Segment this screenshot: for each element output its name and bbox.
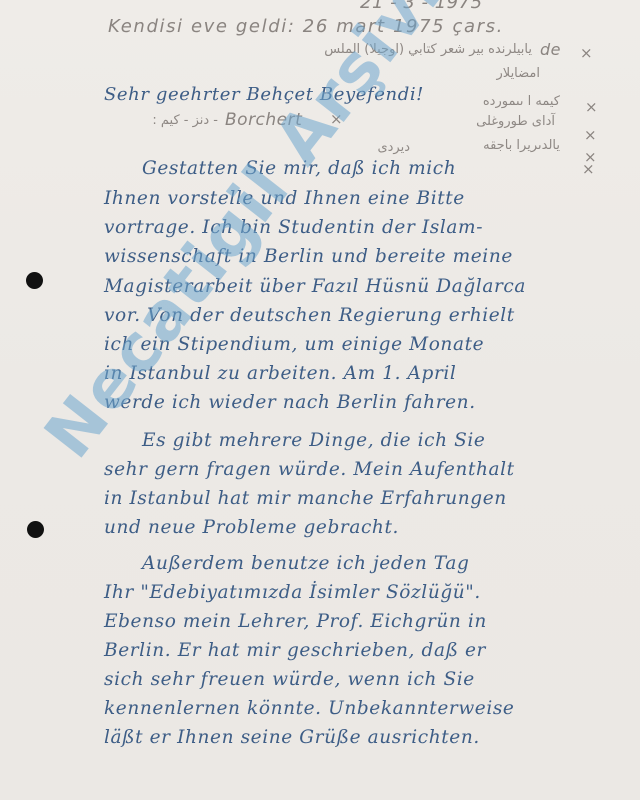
- arabic-small-note: ديردى: [350, 140, 410, 155]
- check-mark: ×: [580, 44, 593, 62]
- arabic-list-item-3: آداى طوروغلى: [455, 114, 555, 129]
- letter-line: werde ich wieder nach Berlin fahren.: [104, 392, 476, 413]
- letter-line: Gestatten Sie mir, daß ich mich: [142, 158, 456, 179]
- letter-line: sehr gern fragen würde. Mein Aufenthalt: [104, 459, 515, 480]
- check-mark: ×: [584, 126, 597, 144]
- arabic-list-item-2: كيمه ا ىىمورده: [440, 94, 560, 109]
- arabic-list-item-4: يالدىريرا باجقه: [430, 138, 560, 153]
- letter-line: sich sehr freuen würde, wenn ich Sie: [104, 669, 475, 690]
- letter-line: Ebenso mein Lehrer, Prof. Eichgrün in: [104, 611, 487, 632]
- letter-line: Ihnen vorstelle und Ihnen eine Bitte: [104, 188, 465, 209]
- letter-line: vortrage. Ich bin Studentin der Islam-: [104, 217, 483, 238]
- letter-line: wissenschaft in Berlin und bereite meine: [104, 246, 513, 267]
- letter-line: Außerdem benutze ich jeden Tag: [142, 553, 469, 574]
- letter-line: Berlin. Er hat mir geschrieben, daß er: [104, 640, 486, 661]
- letter-line: und neue Probleme gebracht.: [104, 517, 399, 538]
- received-note: Kendisi eve geldi: 26 mart 1975 çars.: [108, 16, 504, 37]
- check-mark: ×: [585, 98, 598, 116]
- arabic-left-note: - دنز - كيم :: [108, 113, 218, 128]
- arabic-line-suffix: de: [540, 40, 561, 59]
- letter-line: Magisterarbeit über Fazıl Hüsnü Dağlarca: [104, 276, 526, 297]
- letter-line: ich ein Stipendium, um einige Monate: [104, 334, 484, 355]
- check-mark: ×: [330, 110, 343, 128]
- arabic-list-item-1: امضايلار: [460, 66, 540, 81]
- punch-hole-bottom: [27, 521, 44, 538]
- letter-line: in Istanbul zu arbeiten. Am 1. April: [104, 363, 456, 384]
- borchert-note: Borchert: [225, 110, 302, 130]
- punch-hole-top: [26, 272, 43, 289]
- letter-line: kennenlernen könnte. Unbekannterweise: [104, 698, 514, 719]
- check-mark: ×: [582, 160, 595, 178]
- salutation: Sehr geehrter Behçet Beyefendi!: [104, 84, 424, 105]
- letter-line: läßt er Ihnen seine Grüße ausrichten.: [104, 727, 480, 748]
- letter-line: Ihr "Edebiyatımızda İsimler Sözlüğü".: [104, 582, 481, 603]
- arabic-line-1: يابيلرنده بير شعر كتابي (اوجيلا) الملس: [140, 42, 532, 57]
- letter-line: in Istanbul hat mir manche Erfahrungen: [104, 488, 507, 509]
- letter-line: vor. Von der deutschen Regierung erhielt: [104, 305, 515, 326]
- letter-page: 21 - 3 - 1975 Kendisi eve geldi: 26 mart…: [0, 0, 640, 800]
- letter-line: Es gibt mehrere Dinge, die ich Sie: [142, 430, 485, 451]
- date-annotation: 21 - 3 - 1975: [360, 0, 483, 13]
